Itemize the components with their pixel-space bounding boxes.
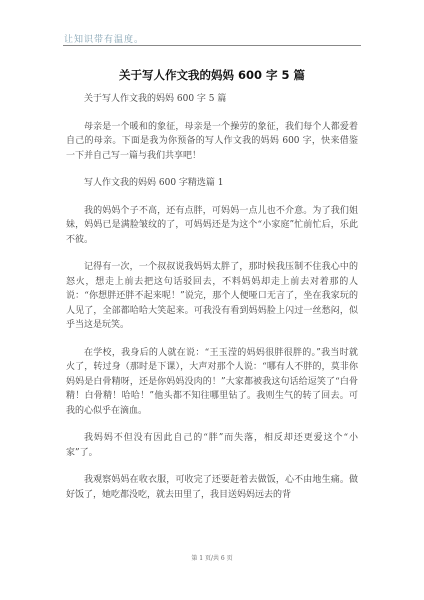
document-title: 关于写人作文我的妈妈 600 字 5 篇	[0, 67, 424, 83]
page-indicator: 第 1 页/共 6 页	[0, 553, 424, 562]
paragraph: 记得有一次，一个叔叔说我妈妈太胖了，那时候我压制不住我心中的怒火，想走上前去把这…	[66, 260, 358, 333]
paragraph: 我观察妈妈在收衣服，可收完了还要赶着去做饭，心不由地生痛。做好饭了，她吃都没吃，…	[66, 473, 358, 502]
paragraph: 母亲是一个暖和的象征，母亲是一个操劳的象征，我们每个人都爱着自己的母亲。下面是我…	[66, 120, 358, 164]
subheading: 写人作文我的妈妈 600 字精选篇 1	[66, 176, 358, 191]
paragraph: 在学校，我身后的人就在说：“王玉滢的妈妈很胖很胖的。”我当时就火了，转过身（那时…	[66, 346, 358, 419]
header-divider	[63, 45, 361, 46]
header-slogan: 让知识带有温度。	[64, 32, 362, 45]
document-body: 关于写人作文我的妈妈 600 字 5 篇 母亲是一个暖和的象征，母亲是一个操劳的…	[66, 92, 358, 515]
paragraph: 我的妈妈个子不高，还有点胖，可妈妈一点儿也不介意。为了我们姐妹，妈妈已是满脸皱纹…	[66, 204, 358, 248]
subheading: 关于写人作文我的妈妈 600 字 5 篇	[66, 92, 358, 107]
paragraph: 我妈妈不但没有因此自己的“胖”而失落，相反却还更爱这个“小家”了。	[66, 431, 358, 460]
